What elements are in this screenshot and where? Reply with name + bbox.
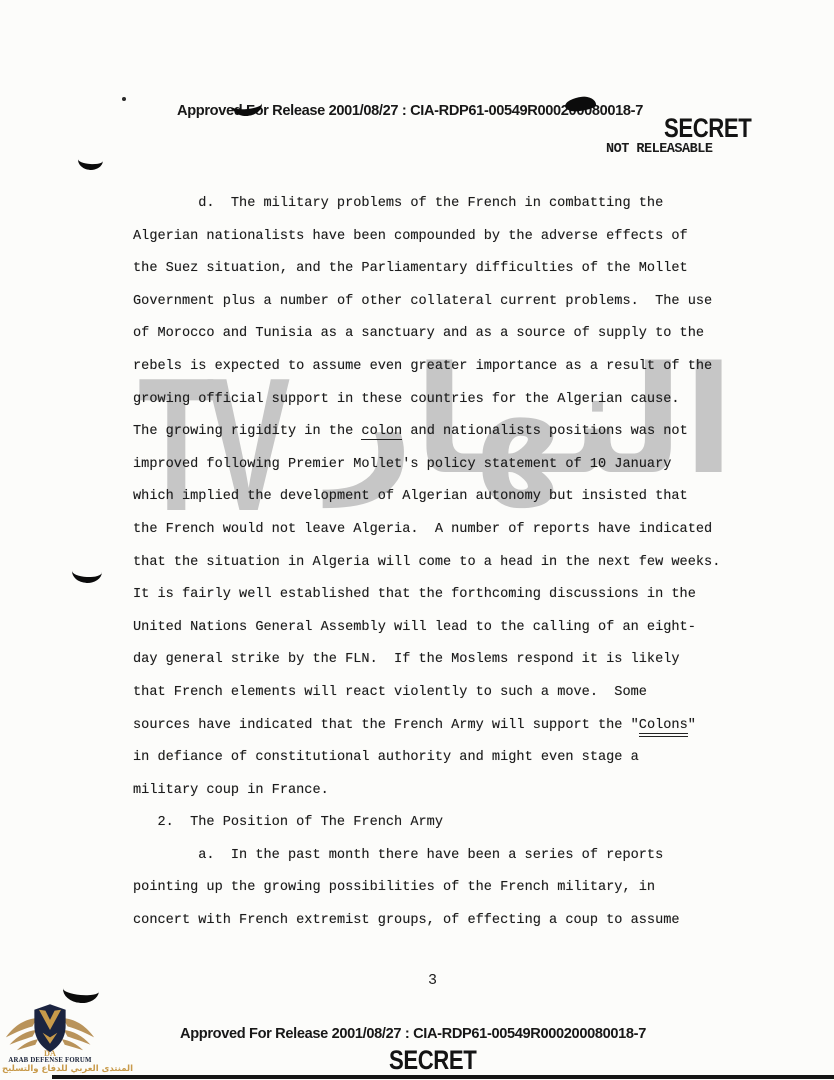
body-line: improved following Premier Mollet's poli… xyxy=(133,457,720,490)
handling-caveat: NOT RELEASABLE xyxy=(606,142,712,157)
body-line: military coup in France. xyxy=(133,783,720,816)
punch-hole-crescent-artifact xyxy=(62,975,100,1004)
body-line: The growing rigidity in the colon and na… xyxy=(133,424,720,457)
scanned-document-page: Approved For Release 2001/08/27 : CIA-RD… xyxy=(0,0,834,1080)
body-line: sources have indicated that the French A… xyxy=(133,718,720,751)
body-line: that the situation in Algeria will come … xyxy=(133,555,720,588)
body-line: of Morocco and Tunisia as a sanctuary an… xyxy=(133,326,720,359)
body-line: which implied the development of Algeria… xyxy=(133,489,720,522)
shield-wings-icon: DA xyxy=(4,1002,96,1058)
body-line: that French elements will react violentl… xyxy=(133,685,720,718)
punch-hole-crescent-artifact xyxy=(77,149,103,171)
body-line: a. In the past month there have been a s… xyxy=(133,848,720,881)
body-line: in defiance of constitutional authority … xyxy=(133,750,720,783)
body-line: 2. The Position of The French Army xyxy=(133,815,720,848)
body-line: rebels is expected to assume even greate… xyxy=(133,359,720,392)
body-line: day general strike by the FLN. If the Mo… xyxy=(133,652,720,685)
body-line: the Suez situation, and the Parliamentar… xyxy=(133,261,720,294)
body-line: the French would not leave Algeria. A nu… xyxy=(133,522,720,555)
typewritten-body: d. The military problems of the French i… xyxy=(133,196,720,946)
body-line: It is fairly well established that the f… xyxy=(133,587,720,620)
body-line: Government plus a number of other collat… xyxy=(133,294,720,327)
page-number: 3 xyxy=(428,972,437,989)
arab-defense-forum-logo: DA ARAB DEFENSE FORUM المنتدى العربي للد… xyxy=(2,1002,98,1080)
body-line: pointing up the growing possibilities of… xyxy=(133,880,720,913)
scan-edge-line xyxy=(52,1075,834,1079)
body-line: growing official support in these countr… xyxy=(133,392,720,425)
logo-arabic-title: المنتدى العربي للدفاع والتسليح xyxy=(2,1064,98,1074)
punch-hole-crescent-artifact xyxy=(71,559,102,584)
classification-top: SECRET xyxy=(664,113,751,144)
approval-footer-line: Approved For Release 2001/08/27 : CIA-RD… xyxy=(180,1026,646,1042)
body-line: d. The military problems of the French i… xyxy=(133,196,720,229)
logo-title: ARAB DEFENSE FORUM xyxy=(2,1057,98,1064)
body-line: Algerian nationalists have been compound… xyxy=(133,229,720,262)
classification-bottom: SECRET xyxy=(389,1045,476,1076)
ink-speck xyxy=(122,97,126,101)
body-line: concert with French extremist groups, of… xyxy=(133,913,720,946)
body-line: United Nations General Assembly will lea… xyxy=(133,620,720,653)
